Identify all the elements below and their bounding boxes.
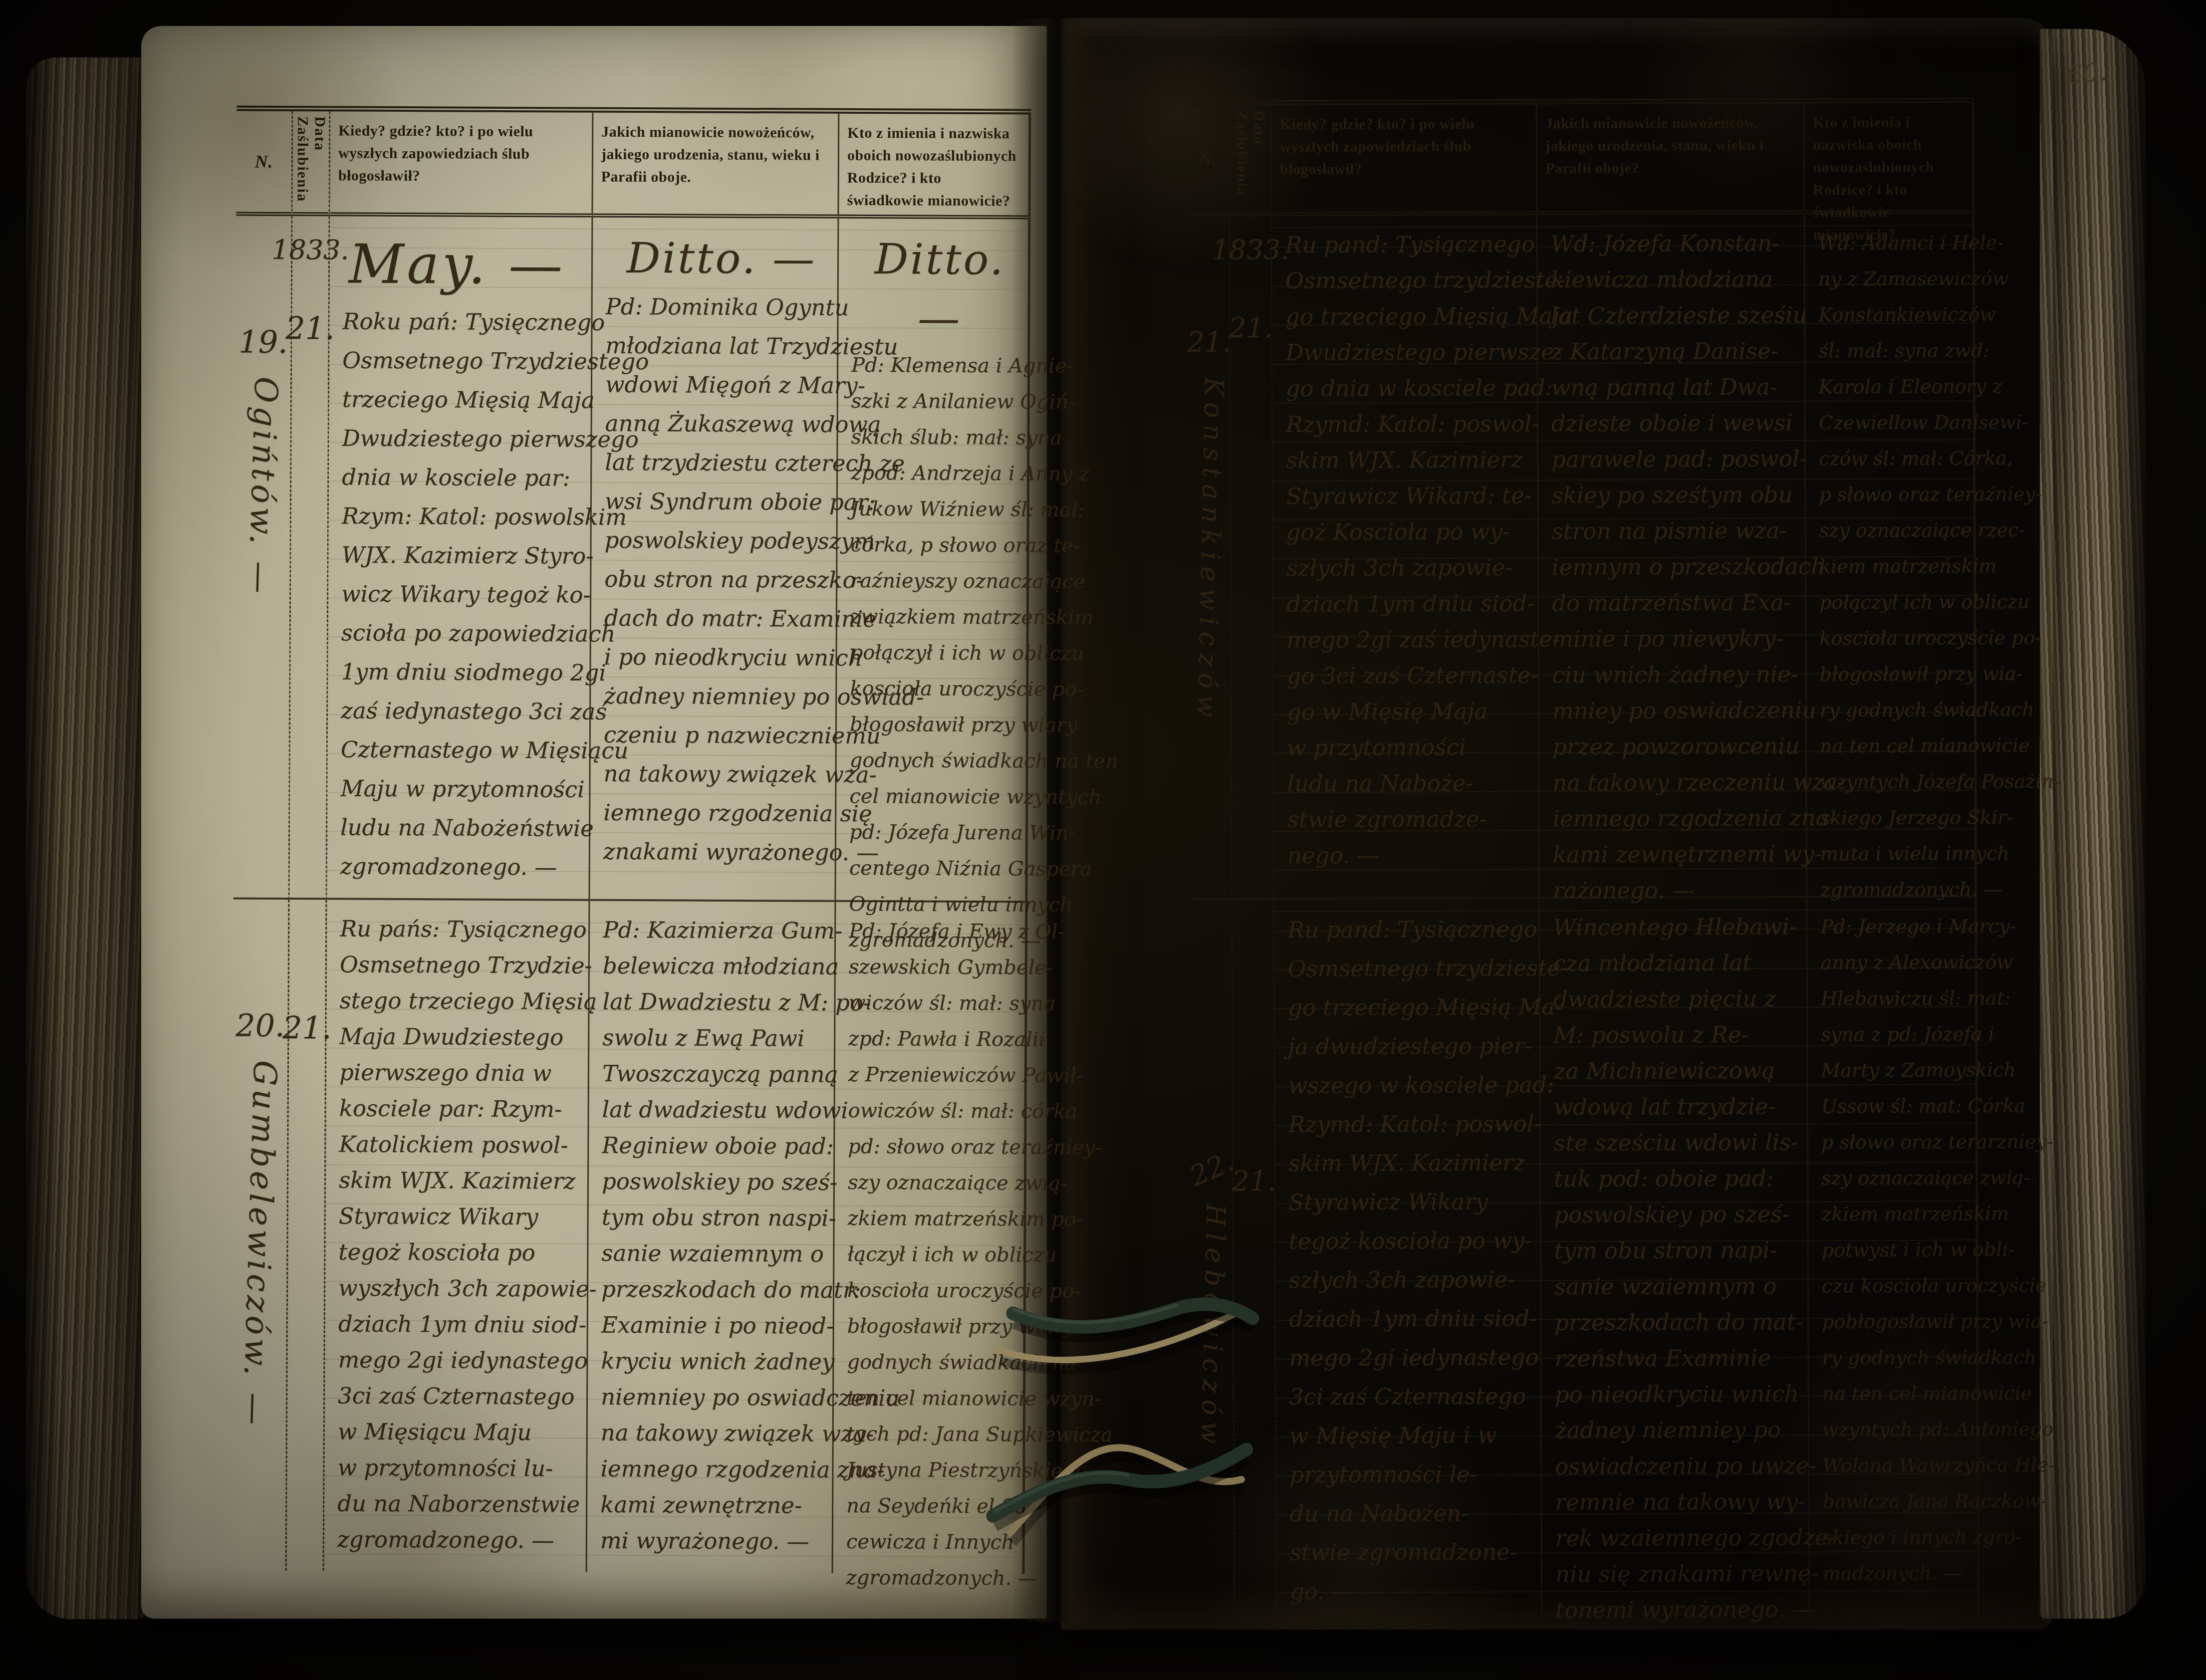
handwritten-line: wdową lat trzydzie- bbox=[1554, 1088, 1807, 1125]
handwritten-line: iemnym o przeszkodach bbox=[1552, 548, 1805, 585]
handwritten-line: Styrawicz Wikary bbox=[1288, 1182, 1539, 1222]
record-21-witnesses-cell: Wd: Adamci i Hele-ny z ZamasewiczówKonst… bbox=[1805, 214, 1977, 898]
left-header-date: Data Zaślubienia bbox=[292, 111, 330, 216]
handwritten-line: go. — bbox=[1290, 1571, 1541, 1611]
handwritten-line: stwie zgromadze- bbox=[1287, 801, 1538, 838]
handwritten-line: go trzeciego Mięsią Ma- bbox=[1288, 987, 1539, 1027]
handwritten-line: go trzeciego Mięsią Maja bbox=[1285, 298, 1536, 335]
record-21-date: 21. bbox=[1228, 311, 1273, 346]
handwritten-line: parawele pad: poswol- bbox=[1551, 441, 1804, 478]
handwritten-line: obu stron na przeszko- bbox=[604, 560, 836, 600]
handwritten-line: madzonych. — bbox=[1823, 1555, 1977, 1591]
record-21-newlyweds-text: Wd: Józefa Konstan-kiewicza młodzianalat… bbox=[1551, 225, 1806, 909]
handwritten-line: dwadzieste pięciu z bbox=[1553, 980, 1806, 1017]
handwritten-line: ny z Zamasewiczów bbox=[1818, 260, 1972, 297]
handwritten-line: w przytomności bbox=[1287, 729, 1538, 766]
handwritten-line: Marty z Zamoyskich bbox=[1821, 1052, 1975, 1088]
handwritten-line: wzyntych pd: Antoniego bbox=[1822, 1411, 1976, 1447]
handwritten-line: potwyst i ich w obli- bbox=[1822, 1231, 1976, 1268]
record-21-witnesses-text: Wd: Adamci i Hele-ny z ZamasewiczówKonst… bbox=[1818, 225, 1975, 908]
handwritten-line: skiego i innych zgro- bbox=[1823, 1519, 1977, 1555]
record-19-newlyweds-text: Pd: Dominika Ogyntumłodziana lat Trzydzi… bbox=[603, 287, 837, 872]
handwritten-line: połączył i ich w obliczu bbox=[850, 635, 1026, 672]
handwritten-line: lat Czterdzieste sześiu bbox=[1551, 297, 1804, 334]
handwritten-line: rzeństwa Examinie bbox=[1554, 1340, 1807, 1377]
handwritten-line: wną panną lat Dwa- bbox=[1551, 369, 1804, 406]
handwritten-line: wsi Syndrum oboie par: bbox=[605, 482, 836, 522]
handwritten-line: dach do matr: Examinie bbox=[604, 599, 836, 639]
handwritten-line: wyszłych 3ch zapowie- bbox=[338, 1270, 587, 1307]
handwritten-line: dziach 1ym dniu siod- bbox=[1289, 1299, 1540, 1339]
handwritten-line: szłych 3ch zapowie- bbox=[1289, 1260, 1540, 1300]
right-header-n: N. bbox=[1188, 105, 1230, 216]
handwritten-line: Dwudziestego pierwsze- bbox=[1285, 334, 1536, 371]
handwritten-line: WJX. Kazimierz Styro- bbox=[341, 535, 590, 575]
ditto-heading: Ditto. — bbox=[851, 230, 1028, 348]
handwritten-line: tym obu stron napi- bbox=[1554, 1232, 1807, 1269]
record-19-witnesses-text: Pd: Klemensa i Agnie-szki z Anilaniew Og… bbox=[849, 347, 1027, 959]
handwritten-line: znakami wyrażonego. — bbox=[603, 832, 835, 872]
record-21-when-cell: Ru pand: TysiącznegoOsmsetnego trzydzies… bbox=[1272, 215, 1540, 900]
record-20-newlyweds-cell: Pd: Kazimierza Gum-belewicza młodzianala… bbox=[587, 901, 836, 1573]
handwritten-line: ciu wnich żadney nie- bbox=[1552, 656, 1805, 693]
handwritten-line: stron na pismie wza- bbox=[1552, 512, 1805, 549]
handwritten-line: nego. — bbox=[1287, 837, 1538, 874]
handwritten-line: pobłogosławił przy wia- bbox=[1822, 1303, 1976, 1340]
handwritten-line: Osmsetnego Trzydzie- bbox=[340, 947, 588, 983]
handwritten-line: wzyntych Józefa Posażin- bbox=[1820, 763, 1974, 800]
handwritten-line: szy oznaczaiące zwią- bbox=[1821, 1160, 1975, 1196]
record-22-witnesses-text: Pd: Jerzego i Marcy-anny z AlexowiczówHl… bbox=[1820, 908, 1977, 1591]
handwritten-line: wszego w kosciele pad: bbox=[1288, 1065, 1539, 1105]
record-21-when-text: Ru pand: TysiącznegoOsmsetnego trzydzies… bbox=[1285, 226, 1539, 874]
handwritten-line: belewicza młodziana bbox=[603, 948, 834, 985]
handwritten-line: w przytomności lu- bbox=[337, 1449, 586, 1486]
record-22-witnesses-cell: Pd: Jerzego i Marcy-anny z AlexowiczówHl… bbox=[1807, 897, 1979, 1618]
handwritten-line: stego trzeciego Mięsią bbox=[339, 982, 588, 1019]
record-21-number: 21. bbox=[1187, 325, 1231, 360]
handwritten-line: niu się znakami rewnę- bbox=[1555, 1555, 1808, 1592]
handwritten-line: przytomności le- bbox=[1289, 1454, 1540, 1494]
handwritten-line: Wolana Wawrzyńca Hle- bbox=[1822, 1447, 1976, 1483]
handwritten-line: czeniu p nazwieczniemu bbox=[604, 716, 835, 755]
handwritten-line: kryciu wnich żadney bbox=[601, 1343, 832, 1380]
left-header-witnesses: Kto z imienia i nazwiska oboich nowozaśl… bbox=[839, 114, 1031, 220]
handwritten-line: czów śl: mał: Córka, bbox=[1819, 440, 1973, 477]
handwritten-line: przeszkodach do matr: bbox=[601, 1271, 833, 1308]
record-22-when-text: Ru pand: TysiącznegoOsmsetnego trzydzies… bbox=[1287, 910, 1541, 1611]
handwritten-line: dnia w kosciele par: bbox=[342, 458, 590, 497]
handwritten-line: 1ym dniu siodmego 2gi bbox=[341, 652, 589, 692]
right-header-newlyweds: Jakich mianowicie nowożeńców, jakiego ur… bbox=[1537, 103, 1805, 215]
handwritten-line: skim WJX. Kazimierz bbox=[339, 1162, 587, 1199]
handwritten-line: go w Mięsię Maja bbox=[1287, 693, 1538, 730]
handwritten-line: ry godnych świadkach bbox=[1822, 1339, 1976, 1376]
handwritten-line: zgromadzonego. — bbox=[337, 1521, 586, 1558]
record-21-date-cell: 1833. 21. bbox=[1230, 216, 1275, 900]
record-19-n-cell: 19. Ogińtów. — bbox=[233, 216, 292, 900]
handwritten-line: remnie na takowy wy- bbox=[1555, 1483, 1808, 1520]
record-22-newlyweds-cell: Wincentego Hlebawi-cza młodziana latdwad… bbox=[1540, 898, 1810, 1619]
handwritten-line: zgromadzonego. — bbox=[340, 847, 589, 887]
handwritten-line: skiego Jerzego Skir- bbox=[1820, 799, 1974, 836]
handwritten-line: kiewicza młodziana bbox=[1551, 261, 1804, 298]
handwritten-line: go dnia w kosciele pad: bbox=[1286, 370, 1537, 407]
handwritten-line: wdowi Mięgoń z Mary- bbox=[605, 365, 837, 405]
handwritten-line: tym obu stron naspi- bbox=[602, 1200, 833, 1236]
handwritten-line: ludu na Nabożeństwie bbox=[340, 808, 589, 848]
handwritten-line: goż Koscioła po wy- bbox=[1286, 513, 1537, 550]
handwritten-line: mniey po oswiadczeniu bbox=[1552, 692, 1805, 729]
handwritten-line: z Przeniewiczów Pawił- bbox=[848, 1057, 1024, 1094]
handwritten-line: cza młodziana lat bbox=[1553, 945, 1806, 981]
handwritten-line: iemnego rzgodzenia zna- bbox=[600, 1451, 832, 1488]
record-19-date-cell: 1833. 21. bbox=[289, 216, 330, 900]
book-scan: { "document_colors": { "background": "#0… bbox=[0, 0, 2206, 1680]
handwritten-line: Examinie i po nieod- bbox=[601, 1307, 833, 1344]
handwritten-line: lat Dwadziestu z M: po- bbox=[602, 984, 834, 1021]
record-20-when-cell: Ru pańs: TysiącznegoOsmsetnego Trzydzie-… bbox=[324, 900, 590, 1572]
handwritten-line: p słowo oraz teraźniey- bbox=[1819, 476, 1973, 512]
handwritten-line: żadney niemniey po oswiad- bbox=[604, 677, 835, 717]
ditto-heading: Ditto. — bbox=[606, 229, 838, 288]
handwritten-line: lat trzydziestu czterech ze bbox=[605, 443, 836, 483]
handwritten-line: szki z Anilaniew Ogiń- bbox=[851, 383, 1027, 420]
handwritten-line: wicz Wikary tegoż ko- bbox=[341, 574, 590, 614]
handwritten-line: anny z Alexowiczów bbox=[1821, 944, 1975, 980]
handwritten-line: scioła po zapowiedziach bbox=[341, 613, 590, 653]
handwritten-line: połączył ich w obliczu bbox=[1819, 584, 1973, 620]
handwritten-line: mego 2gi zaś iedynaste- bbox=[1286, 621, 1537, 658]
record-19-margin-name: Ogińtów. — bbox=[241, 376, 284, 597]
record-22-newlyweds-text: Wincentego Hlebawi-cza młodziana latdwad… bbox=[1553, 909, 1808, 1628]
handwritten-line: ste sześciu wdowi lis- bbox=[1554, 1124, 1807, 1161]
handwritten-line: i po nieodkryciu wnich bbox=[604, 638, 835, 678]
handwritten-line: zkiem matrzeńskim bbox=[1821, 1196, 1975, 1232]
handwritten-line: przeszkodach do mat- bbox=[1554, 1304, 1807, 1341]
handwritten-line: szy oznaczaiące rzec- bbox=[1819, 512, 1973, 548]
record-19-when-text: Roku pań: TysięcznegoOsmsetnego Trzydzie… bbox=[340, 302, 591, 887]
handwritten-line: tegoż koscioła po bbox=[338, 1234, 587, 1271]
handwritten-line: du na Naborzenstwie bbox=[337, 1485, 586, 1522]
handwritten-line: tuk pod: oboie pad: bbox=[1554, 1160, 1807, 1197]
handwritten-line: zpod: Andrzeja i Anny z bbox=[851, 455, 1027, 492]
handwritten-line: kiem matrzeńskim bbox=[1819, 548, 1973, 584]
handwritten-line: Ru pand: Tysiącznego bbox=[1287, 910, 1538, 950]
handwritten-line: pd: Józefa Jurena Win- bbox=[849, 814, 1025, 851]
handwritten-line: szewskich Gymbele- bbox=[849, 949, 1025, 986]
handwritten-line: du na Nabożen- bbox=[1289, 1493, 1540, 1533]
record-20-when-text: Ru pańs: TysiącznegoOsmsetnego Trzydzie-… bbox=[337, 911, 589, 1558]
record-21-n-cell: 21. Konstankiewiczów bbox=[1189, 216, 1233, 900]
handwritten-line: szłych 3ch zapowie- bbox=[1286, 549, 1537, 586]
left-header-newlyweds: Jakich mianowicie nowożeńców, jakiego ur… bbox=[593, 113, 839, 219]
handwritten-line: cel mianowicie wzyntych bbox=[849, 778, 1025, 815]
left-header-n: N. bbox=[236, 111, 293, 216]
record-20-newlyweds-text: Pd: Kazimierza Gum-belewicza młodzianala… bbox=[600, 912, 835, 1560]
right-header-when: Kiedy? gdzie? kto? i po wielu wyszłych z… bbox=[1272, 104, 1538, 216]
handwritten-line: błogosławił przy wia- bbox=[1820, 656, 1974, 692]
handwritten-line: Maja Dwudziestego bbox=[339, 1018, 588, 1055]
handwritten-line: na ten cel mianowicie bbox=[1820, 727, 1974, 764]
handwritten-line: 3ci zaś Czternastego bbox=[1289, 1377, 1540, 1417]
handwritten-line: Wd: Adamci i Hele- bbox=[1818, 225, 1972, 261]
handwritten-line: dziach 1ym dniu siod- bbox=[338, 1306, 587, 1343]
handwritten-line: mi wyrażonego. — bbox=[600, 1523, 832, 1560]
handwritten-line: koscioła uroczyście po- bbox=[1819, 620, 1973, 656]
handwritten-line: Pd: Klemensa i Agnie- bbox=[851, 347, 1027, 384]
month-header: May. — bbox=[343, 227, 592, 303]
handwritten-line: poswolskiey podeyszym bbox=[604, 521, 836, 561]
handwritten-line: iemnego rzgodzenia zna- bbox=[1553, 800, 1806, 837]
handwritten-line: Maju w przytomności bbox=[340, 769, 589, 809]
handwritten-line: Osmsetnego trzydzieste- bbox=[1288, 949, 1539, 988]
handwritten-line: Ussow śl: mat: Córka bbox=[1821, 1088, 1975, 1124]
handwritten-line: ry godnych świadkach bbox=[1820, 692, 1974, 728]
handwritten-line: związkiem matrzeńskim bbox=[850, 599, 1026, 636]
handwritten-line: Pd: Józefa i Ewy z Ol- bbox=[849, 913, 1025, 950]
handwritten-line: Styrawicz Wikard: te- bbox=[1286, 478, 1537, 514]
handwritten-line: Rzymd: Katol: poswol- bbox=[1286, 406, 1537, 443]
handwritten-line: Pd: Kazimierza Gum- bbox=[603, 912, 834, 949]
record-20-date: 21. bbox=[282, 1010, 332, 1045]
handwritten-line: Osmsetnego Trzydziestego bbox=[342, 341, 591, 381]
record-21-margin-name: Konstankiewiczów bbox=[1191, 377, 1228, 724]
handwritten-line: ludu na Naboże- bbox=[1287, 765, 1538, 802]
handwritten-line: pd: słowo oraz teraźniey- bbox=[848, 1129, 1024, 1166]
handwritten-line: anną Żukaszewą wdową bbox=[605, 404, 836, 444]
record-20-date-cell: 21. bbox=[287, 900, 327, 1571]
record-22-when-cell: Ru pand: TysiącznegoOsmsetnego trzydzies… bbox=[1274, 899, 1542, 1620]
right-header-witnesses: Kto z imienia i nazwiska oboich nowozaśl… bbox=[1805, 103, 1975, 214]
handwritten-line: żadney niemniey po bbox=[1555, 1412, 1808, 1448]
right-page-edge-stack bbox=[2040, 29, 2146, 1619]
right-register-table: N. Data Zaślubienia Kiedy? gdzie? kto? i… bbox=[1188, 97, 1980, 1620]
handwritten-line: w Mięsię Maju i w bbox=[1289, 1416, 1540, 1455]
handwritten-line: czu koscioła uroczyście bbox=[1822, 1267, 1976, 1304]
handwritten-line: Hlebawiczu śl: mat: bbox=[1821, 980, 1975, 1016]
handwritten-line: po nieodkryciu wnich bbox=[1555, 1376, 1808, 1413]
record-22-date: 21. bbox=[1231, 1164, 1276, 1199]
handwritten-line: 3ci zaś Czternastego bbox=[338, 1378, 586, 1415]
handwritten-line: poswolskiey po sześ- bbox=[1554, 1196, 1807, 1233]
handwritten-line: Wd: Józefa Konstan- bbox=[1551, 225, 1804, 262]
handwritten-line: skim WJX. Kazimierz bbox=[1286, 442, 1537, 479]
handwritten-line: dzieste oboie i wewsi bbox=[1551, 405, 1804, 442]
left-page-edge-stack bbox=[26, 57, 151, 1619]
handwritten-line: w Mięsiącu Maju bbox=[338, 1414, 586, 1450]
handwritten-line: Karola i Eleonory z bbox=[1819, 368, 1973, 405]
handwritten-line: muta i wielu innych bbox=[1820, 835, 1974, 872]
handwritten-line: ja dwudziestego pier- bbox=[1288, 1026, 1539, 1066]
handwritten-line: syna z pd: Józefa i bbox=[1821, 1016, 1975, 1052]
handwritten-line: na ten cel mianowicie bbox=[1822, 1375, 1976, 1412]
handwritten-line: niemniey po oswiadczeniu bbox=[601, 1379, 832, 1416]
handwritten-line: Pd: Jerzego i Marcy- bbox=[1820, 908, 1974, 945]
handwritten-line: z Katarzyną Danise- bbox=[1551, 333, 1804, 370]
handwritten-line: kosciele par: Rzym- bbox=[339, 1090, 587, 1127]
handwritten-line: błogosławił przy wiary bbox=[850, 707, 1026, 743]
handwritten-line: Jukow Wiźniew śl: mał: bbox=[851, 491, 1027, 528]
handwritten-line: M: poswolu z Re- bbox=[1553, 1016, 1806, 1053]
handwritten-line: na takowy związek wza- bbox=[601, 1415, 832, 1452]
handwritten-line: skim WJX. Kazimierz bbox=[1288, 1143, 1539, 1183]
handwritten-line: centego Niźnia Gaspera bbox=[849, 850, 1025, 887]
left-register-table: N. Data Zaślubienia Kiedy? gdzie? kto? i… bbox=[231, 106, 1031, 1574]
record-20-number: 20. bbox=[236, 1008, 285, 1043]
handwritten-line: kami zewnętrznemi wy- bbox=[1553, 836, 1806, 873]
handwritten-line: Ru pańs: Tysiącznego bbox=[340, 911, 588, 948]
handwritten-line: koscioła uroczyście po- bbox=[850, 671, 1026, 708]
handwritten-line: rek wzaiemnego zgodze- bbox=[1555, 1519, 1808, 1556]
handwritten-line: stwie zgromadzone- bbox=[1290, 1532, 1541, 1572]
record-19-date: 21. bbox=[285, 311, 335, 346]
record-19-when-cell: May. — Roku pań: TysięcznegoOsmsetnego T… bbox=[327, 216, 593, 901]
handwritten-line: sanie wzaiemnym o bbox=[601, 1235, 833, 1272]
handwritten-line: minie i po niewykry- bbox=[1552, 620, 1805, 657]
binding-thread-upper bbox=[998, 1304, 1254, 1370]
handwritten-line: oswiadczeniu po uwze- bbox=[1555, 1447, 1808, 1484]
binding-threads bbox=[963, 1257, 1287, 1572]
handwritten-line: owiczów śl: mał: córka bbox=[848, 1093, 1024, 1130]
handwritten-line: bawicza Jana Raczkow- bbox=[1822, 1483, 1976, 1519]
handwritten-line: Wincentego Hlebawi- bbox=[1553, 909, 1806, 946]
handwritten-line: Pd: Dominika Ogyntu bbox=[605, 287, 837, 327]
handwritten-line: iemnego rzgodzenia się bbox=[603, 793, 835, 833]
record-20-n-cell: 20. Gumbelewiczów. — bbox=[231, 900, 290, 1571]
handwritten-line: zkiem matrzeńskim po- bbox=[848, 1200, 1024, 1237]
handwritten-line: zpd: Pawła i Rozalii bbox=[848, 1021, 1024, 1058]
left-header-when: Kiedy? gdzie? kto? i po wielu wyszłych z… bbox=[330, 111, 593, 217]
handwritten-line: lat dwadziestu wdowi bbox=[602, 1092, 833, 1129]
handwritten-line: Rzymd: Katol: poswol- bbox=[1288, 1104, 1539, 1144]
handwritten-line: raźnieyszy oznaczaiące bbox=[850, 563, 1026, 600]
handwritten-line: Rzym: Katol: poswolskim bbox=[342, 496, 590, 536]
handwritten-line: wiczów śl: mał: syna bbox=[848, 985, 1024, 1022]
record-19-witnesses-cell: Ditto. — Pd: Klemensa i Agnie-szki z Ani… bbox=[836, 219, 1030, 903]
handwritten-line: tegoż koscioła po wy- bbox=[1289, 1221, 1540, 1261]
handwritten-line: do matrzeństwa Exa- bbox=[1552, 584, 1805, 621]
handwritten-line: pierwszego dnia w bbox=[339, 1054, 588, 1091]
handwritten-line: za Michniewiczową bbox=[1553, 1052, 1806, 1089]
handwritten-line: trzeciego Mięsią Maja bbox=[342, 380, 591, 420]
handwritten-line: na takowy rzeczeniu wza- bbox=[1552, 764, 1805, 801]
handwritten-line: Roku pań: Tysięcznego bbox=[342, 302, 591, 342]
handwritten-line: Konstankiewiczów bbox=[1818, 296, 1972, 333]
binding-thread-lower bbox=[993, 1447, 1248, 1543]
handwritten-line: Czewiellow Danisewi- bbox=[1819, 404, 1973, 441]
handwritten-line: córka, p słowo oraz te- bbox=[850, 527, 1026, 564]
handwritten-line: Czternastego w Mięsiącu bbox=[341, 730, 589, 770]
handwritten-line: śl: mał: syna zwd: bbox=[1818, 332, 1972, 369]
handwritten-line: Twoszczayczą panną bbox=[602, 1056, 834, 1093]
handwritten-line: skich ślub: mał: syna bbox=[851, 419, 1027, 456]
handwritten-line: Ru pand: Tysiącznego bbox=[1285, 226, 1536, 263]
handwritten-line: na takowy związek wza- bbox=[603, 754, 835, 794]
handwritten-line: Osmsetnego trzydzieste- bbox=[1285, 262, 1536, 299]
record-21-newlyweds-cell: Wd: Józefa Konstan-kiewicza młodzianalat… bbox=[1537, 214, 1807, 899]
handwritten-line: Styrawicz Wikary bbox=[339, 1198, 587, 1235]
handwritten-line: mego 2gi iedynastego bbox=[338, 1342, 586, 1379]
handwritten-line: skiey po sześtym obu bbox=[1551, 477, 1804, 513]
handwritten-line: go 3ci zaś Czternaste- bbox=[1287, 657, 1538, 694]
handwritten-line: sanie wzaiemnym o bbox=[1554, 1268, 1807, 1305]
handwritten-line: swolu z Ewą Pawi bbox=[602, 1020, 834, 1057]
handwritten-line: Dwudziestego pierwszego bbox=[342, 419, 590, 459]
handwritten-line: młodziana lat Trzydziestu bbox=[605, 326, 837, 366]
handwritten-line: zaś iedynastego 3ci zaś bbox=[341, 691, 589, 731]
handwritten-line: kami zewnętrzne- bbox=[600, 1487, 832, 1524]
handwritten-line: dziach 1ym dniu siod- bbox=[1286, 585, 1537, 622]
handwritten-line: szy oznaczaiące zwią- bbox=[848, 1165, 1024, 1201]
handwritten-line: godnych świadkach na ten bbox=[850, 742, 1026, 779]
record-20-margin-name: Gumbelewiczów. — bbox=[235, 1060, 283, 1429]
folio-number: 60. bbox=[2065, 57, 2108, 90]
right-header-date: Data Zaślubienia bbox=[1230, 105, 1272, 216]
handwritten-line: przez powzorowceniu bbox=[1552, 728, 1805, 765]
handwritten-line: tonemi wyrażonego. — bbox=[1555, 1591, 1808, 1628]
handwritten-line: Reginiew oboie pad: bbox=[602, 1128, 833, 1165]
record-19-number: 19. bbox=[239, 325, 288, 360]
handwritten-line: poswolskiey po sześ- bbox=[602, 1164, 833, 1200]
handwritten-line: Katolickiem poswol- bbox=[339, 1126, 587, 1163]
record-19-newlyweds-cell: Ditto. — Pd: Dominika Ogyntumłodziana la… bbox=[590, 218, 839, 902]
handwritten-line: mego 2gi iedynastego bbox=[1289, 1338, 1540, 1378]
handwritten-line: p słowo oraz terarzniey- bbox=[1821, 1124, 1975, 1160]
